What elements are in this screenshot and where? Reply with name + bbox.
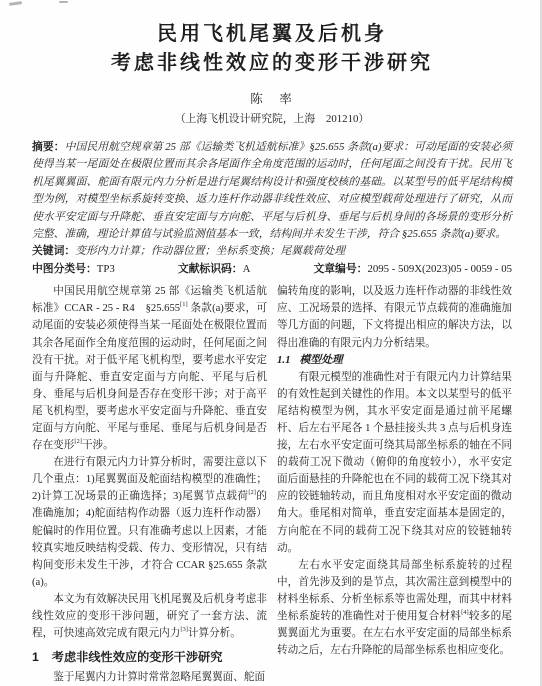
doc-code-item: 文献标识码：A — [178, 261, 251, 278]
author-affiliation: （上海飞机设计研究院，上海 201210） — [32, 111, 512, 126]
paragraph: 本文为有效解决民用飞机尾翼及后机身考虑非线性效应的变形干涉问题，研究了一套方法、… — [32, 591, 267, 642]
subsection-heading-1-1: 1.1模型处理 — [277, 352, 512, 369]
title-line-1: 民用飞机尾翼及后机身 — [32, 20, 512, 49]
paper-page: 民用飞机尾翼及后机身 考虑非线性效应的变形干涉研究 陈 率 （上海飞机设计研究院… — [0, 0, 542, 686]
keywords-label: 关键词： — [32, 245, 75, 257]
paragraph-text: 在进行有限元内力计算分析时，需要注意以下几个重点：1)尾翼翼面及舵面结构模型的准… — [32, 457, 267, 502]
abstract-paragraph: 摘要：中国民用航空规章第 25 部《运输类飞机适航标准》§25.655 条款(a… — [32, 139, 512, 243]
citation-ref: [2] — [248, 489, 256, 496]
abstract-label: 摘要： — [32, 141, 65, 153]
subsection-title: 模型处理 — [300, 352, 343, 369]
doc-code-label: 文献标识码： — [178, 263, 243, 275]
paragraph-text: 计算分析。 — [188, 628, 241, 639]
scan-artifact — [59, 1, 68, 3]
section-heading-1: 1考虑非线性效应的变形干涉研究 — [32, 649, 267, 666]
right-column: 偏转角度的影响，以及返力连杆作动器的非线性效应、工况场景的选择、有限元节点载荷的… — [277, 283, 512, 686]
paragraph-text: 干涉。 — [82, 440, 114, 451]
section-title: 考虑非线性效应的变形干涉研究 — [52, 649, 223, 666]
article-no-item: 文章编号：2095 - 509X(2023)05 - 0059 - 05 — [313, 261, 512, 278]
keywords-line: 关键词：变形内力计算；作动器位置；坐标系变换；尾翼载荷处理 — [32, 243, 512, 260]
paragraph: 中国民用航空规章第 25 部《运输类飞机适航标准》CCAR - 25 - R4 … — [32, 283, 267, 454]
keywords-text: 变形内力计算；作动器位置；坐标系变换；尾翼载荷处理 — [75, 245, 345, 257]
section-number: 1 — [32, 649, 39, 666]
paragraph: 左右水平安定面绕其局部坐标系旋转的过程中，首先涉及到的是节点，其次需注意到模型中… — [277, 557, 512, 660]
citation-ref: [1] — [180, 301, 188, 308]
front-matter: 摘要：中国民用航空规章第 25 部《运输类飞机适航标准》§25.655 条款(a… — [32, 139, 512, 278]
paper-header: 民用飞机尾翼及后机身 考虑非线性效应的变形干涉研究 陈 率 （上海飞机设计研究院… — [32, 20, 512, 126]
citation-ref: [2] — [74, 438, 82, 445]
clc-item: 中图分类号：TP3 — [32, 261, 115, 278]
article-no-label: 文章编号： — [313, 263, 367, 275]
title-line-2: 考虑非线性效应的变形干涉研究 — [32, 49, 512, 78]
subsection-number: 1.1 — [277, 352, 291, 369]
paragraph: 在进行有限元内力计算分析时，需要注意以下几个重点：1)尾翼翼面及舵面结构模型的准… — [32, 454, 267, 591]
article-no-value: 2095 - 509X(2023)05 - 0059 - 05 — [367, 263, 512, 275]
paragraph-text: 的准确施加；4)舵面结构作动器（返力连杆作动器）舵偏时的作用位置。只有准确考虑以… — [32, 491, 267, 587]
clc-value: TP3 — [97, 263, 115, 275]
author-name: 陈 率 — [32, 89, 512, 107]
paragraph: 有限元模型的准确性对于有限元内力计算结果的有效性起到关键性的作用。本文以某型号的… — [277, 369, 512, 557]
doc-code-value: A — [243, 263, 251, 275]
paragraph: 鉴于尾翼内力计算时常常忽略尾翼翼面、舵面 — [32, 669, 267, 686]
left-column: 中国民用航空规章第 25 部《运输类飞机适航标准》CCAR - 25 - R4 … — [32, 283, 267, 686]
paragraph-text: 条款(a)要求，可动尾面的安装必须使得当某一尾面处在极限位置而其余各尾面作全角度… — [32, 303, 267, 451]
body-columns: 中国民用航空规章第 25 部《运输类飞机适航标准》CCAR - 25 - R4 … — [32, 283, 512, 686]
paragraph-continuation: 偏转角度的影响，以及返力连杆作动器的非线性效应、工况场景的选择、有限元节点载荷的… — [277, 283, 512, 351]
abstract-text: 中国民用航空规章第 25 部《运输类飞机适航标准》§25.655 条款(a)要求… — [32, 141, 512, 240]
clc-label: 中图分类号： — [32, 263, 97, 275]
meta-line: 中图分类号：TP3 文献标识码：A 文章编号：2095 - 509X(2023)… — [32, 261, 512, 278]
paper-title: 民用飞机尾翼及后机身 考虑非线性效应的变形干涉研究 — [32, 20, 512, 78]
citation-ref: [4] — [461, 609, 469, 616]
scan-artifact — [9, 1, 22, 6]
citation-ref: [3] — [180, 626, 188, 633]
